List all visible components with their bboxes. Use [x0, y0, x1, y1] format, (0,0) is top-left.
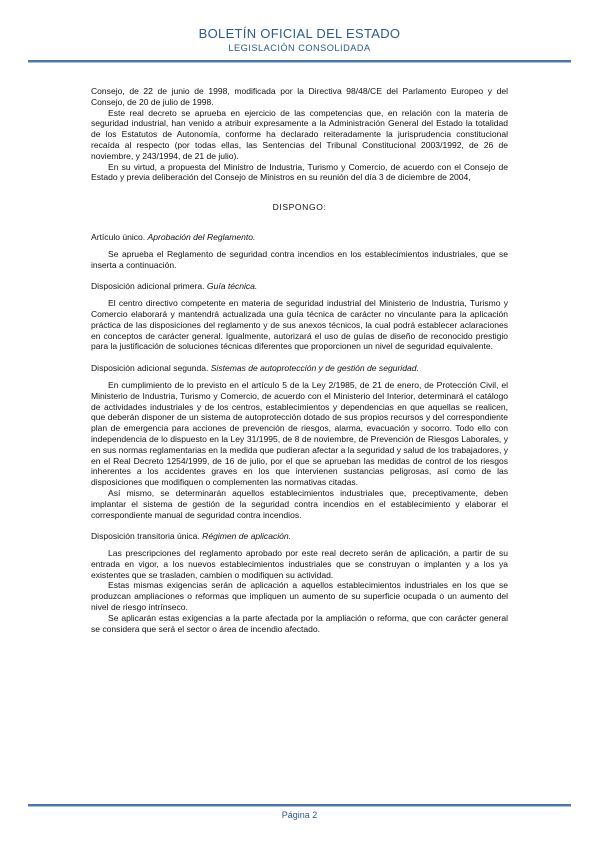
- section-title: Aprobación del Reglamento.: [148, 232, 256, 242]
- document-header-subtitle: LEGISLACIÓN CONSOLIDADA: [0, 43, 599, 53]
- section-heading-transitoria-unica: Disposición transitoria única. Régimen d…: [91, 531, 508, 542]
- section-paragraph: Estas mismas exigencias serán de aplicac…: [91, 580, 508, 612]
- intro-paragraph-2: Este real decreto se aprueba en ejercici…: [91, 108, 508, 162]
- section-label: Artículo único.: [91, 232, 145, 242]
- document-header-title: BOLETÍN OFICIAL DEL ESTADO: [0, 26, 599, 41]
- section-paragraph: Se aplicarán estas exigencias a la parte…: [91, 613, 508, 635]
- section-heading-adicional-primera: Disposición adicional primera. Guía técn…: [91, 281, 508, 292]
- section-paragraph: Así mismo, se determinarán aquellos esta…: [91, 488, 508, 520]
- section-paragraph: Se aprueba el Reglamento de seguridad co…: [91, 249, 508, 271]
- section-title: Guía técnica.: [207, 281, 257, 291]
- dispongo-heading: DISPONGO:: [91, 202, 508, 213]
- section-paragraph: En cumplimiento de lo previsto en el art…: [91, 380, 508, 488]
- section-label: Disposición adicional primera.: [91, 281, 205, 291]
- section-label: Disposición transitoria única.: [91, 531, 200, 541]
- footer-divider: [28, 804, 571, 807]
- section-title: Sistemas de autoprotección y de gestión …: [211, 363, 419, 373]
- section-heading-articulo-unico: Artículo único. Aprobación del Reglament…: [91, 232, 508, 243]
- intro-paragraph-3: En su virtud, a propuesta del Ministro d…: [91, 162, 508, 184]
- section-paragraph: Las prescripciones del reglamento aproba…: [91, 548, 508, 580]
- page-number: Página 2: [0, 810, 599, 820]
- section-heading-adicional-segunda: Disposición adicional segunda. Sistemas …: [91, 363, 508, 374]
- section-paragraph: El centro directivo competente en materi…: [91, 298, 508, 352]
- section-label: Disposición adicional segunda.: [91, 363, 208, 373]
- section-title: Régimen de aplicación.: [202, 531, 291, 541]
- document-body: Consejo, de 22 de junio de 1998, modific…: [91, 86, 508, 634]
- header-divider: [28, 60, 571, 63]
- intro-paragraph-1: Consejo, de 22 de junio de 1998, modific…: [91, 86, 508, 108]
